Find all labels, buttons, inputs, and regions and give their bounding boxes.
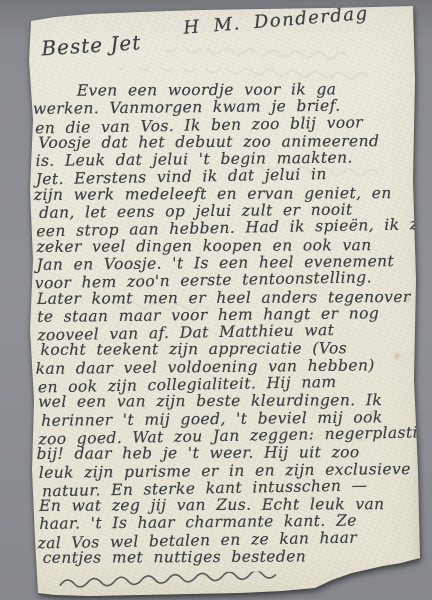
handwritten-line: zijn werk medeleeft en ervan geniet, en [34, 185, 421, 204]
paper-shadow-wrap: H M. Donderdag Beste Jet Even een woordj… [0, 0, 432, 600]
handwritten-line: centjes met nuttiges besteden [43, 548, 425, 567]
handwritten-line: Voosje dat het debuut zoo animeerend [38, 133, 420, 152]
handwritten-line: Later komt men er heel anders tegenover [37, 288, 422, 307]
letter-body: Even een woordje voor ik ga werken. Vanm… [35, 80, 425, 568]
letter-content: H M. Donderdag Beste Jet Even een woordj… [0, 0, 432, 600]
handwritten-line: Even een woordje voor ik ga [35, 81, 420, 100]
handwritten-line: bij! daar heb je 't weer. Hij uit zoo [37, 444, 424, 463]
letter-paper: H M. Donderdag Beste Jet Even een woordj… [0, 0, 432, 600]
scanned-letter-scene: H M. Donderdag Beste Jet Even een woordj… [0, 0, 432, 600]
date-heading: H M. Donderdag [183, 3, 370, 39]
handwritten-line: En wat zeg jij van Zus. Echt leuk van [39, 496, 424, 515]
handwritten-line: wel een van zijn beste kleurdingen. Ik [38, 392, 423, 411]
salutation: Beste Jet [41, 30, 142, 60]
torn-partial-line [58, 571, 308, 592]
handwritten-line: zeker veel dingen koopen en ook van [36, 237, 421, 256]
handwritten-line: kocht teekent zijn appreciatie (Vos [40, 340, 422, 359]
